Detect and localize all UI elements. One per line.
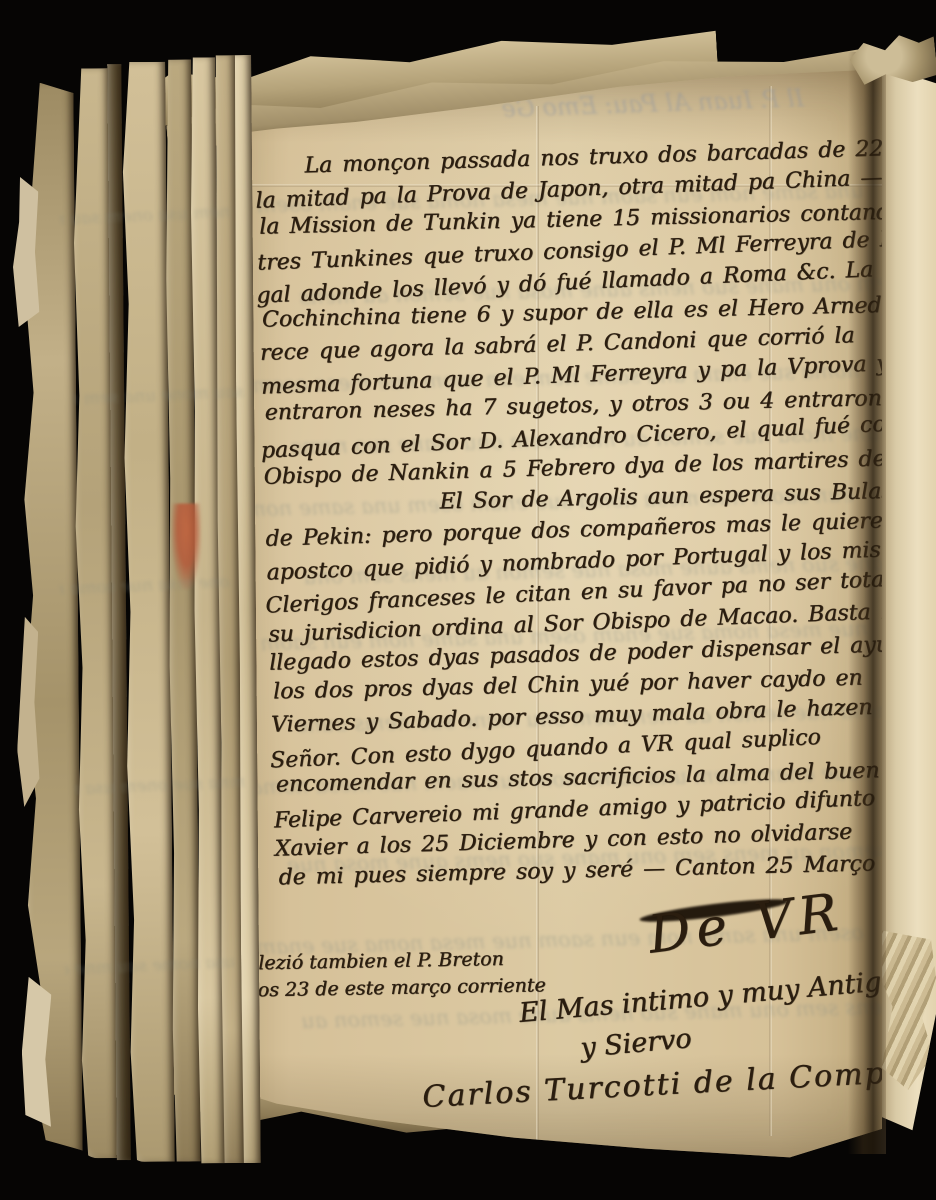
marginal-note: fallezió tambien el P. Bretona los 23 de… xyxy=(234,945,546,1004)
facing-page xyxy=(874,50,936,1158)
letter-body: La monçon passada nos truxo dos barcadas… xyxy=(254,131,882,896)
marginal-note-line: a los 23 de este março corriente xyxy=(234,972,546,1004)
left-page-edges-stack: nem usa onem sau nomsau mone una sem noa… xyxy=(11,55,253,1165)
manuscript-photograph: una same nom eun saom nue mesa noma sue … xyxy=(0,0,936,1200)
valediction: El Mas intimo y muy Antiguo Agoy Siervo xyxy=(517,954,882,1074)
edge-bleedthrough: nem usa onem sau nomsau mone una sem noa… xyxy=(11,55,243,57)
torn-paper-patch xyxy=(874,930,936,1090)
closing-flourish: De VR xyxy=(645,882,847,965)
manuscript-page: una same nom eun saom nue mesa noma sue … xyxy=(224,66,882,1164)
